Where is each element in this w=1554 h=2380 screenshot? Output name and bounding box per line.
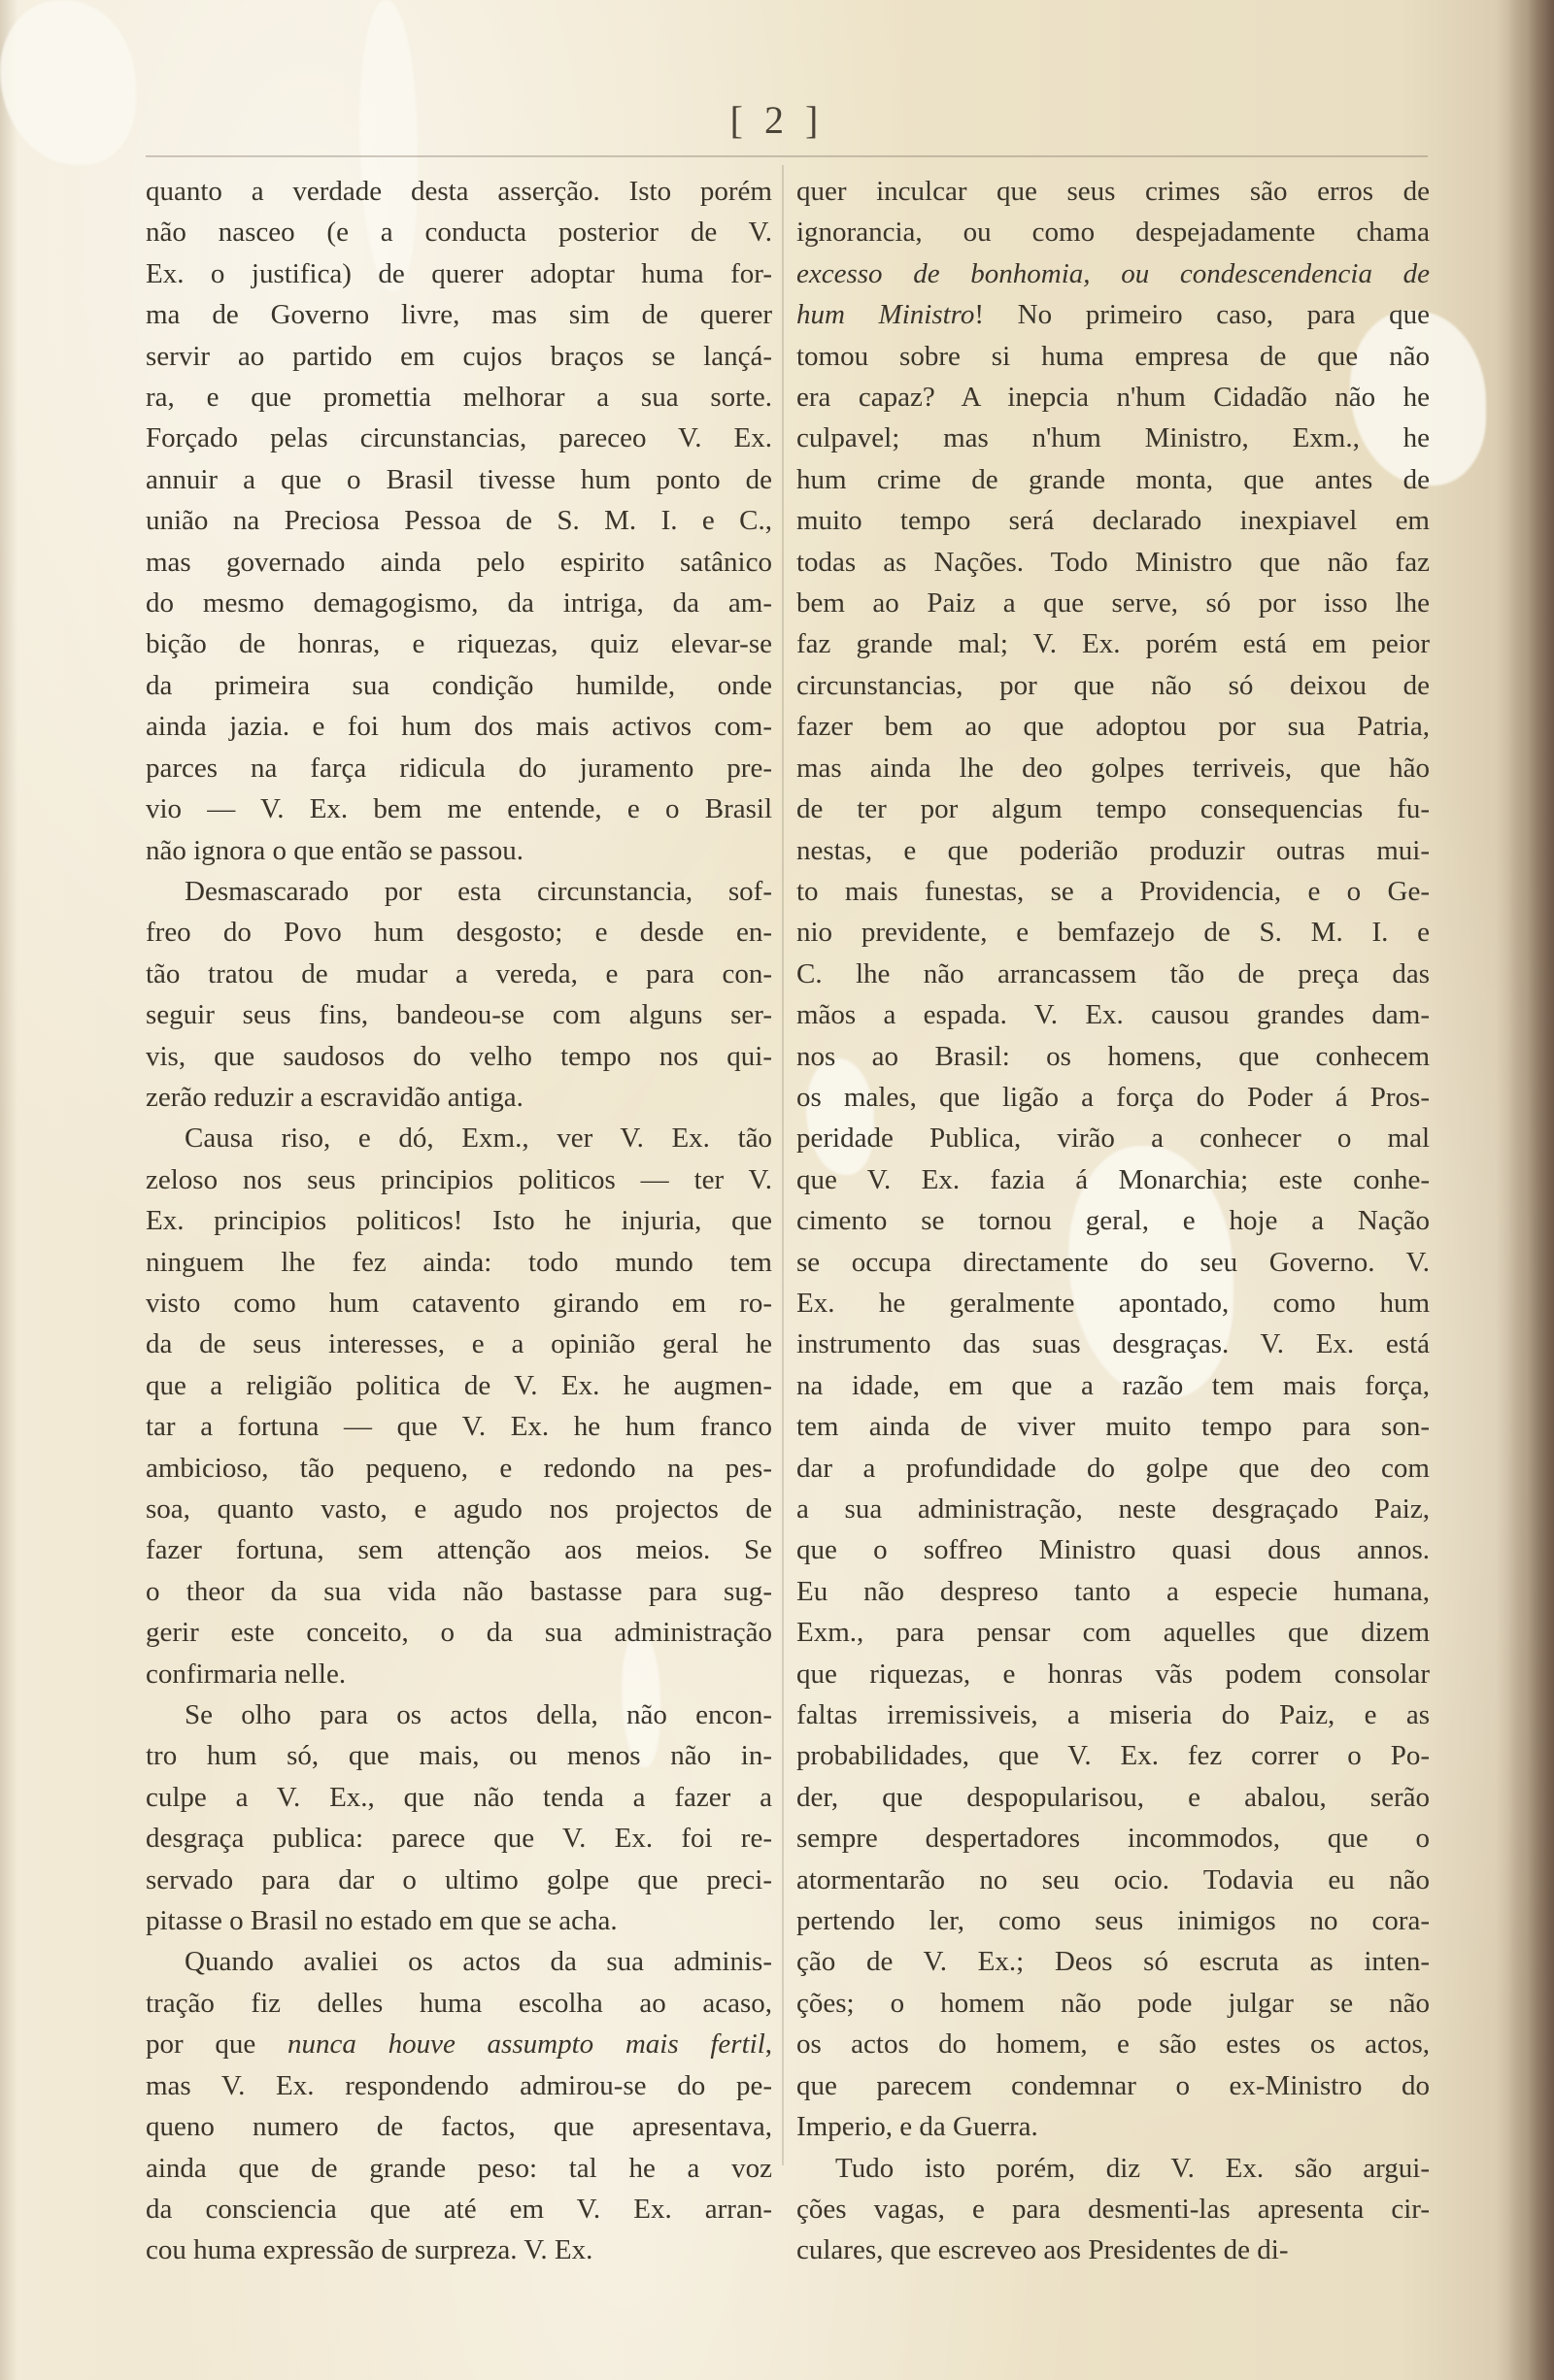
newspaper-page: [ 2 ] quanto a verdade desta asserção. I… [0, 0, 1554, 2380]
text-line: que riquezas, e honras vãs podem consola… [796, 1654, 1430, 1694]
text-line: ignorancia, ou como despejadamente chama [796, 212, 1430, 252]
header-rule [146, 155, 1428, 157]
text-line: ninguem lhe fez ainda: todo mundo tem [146, 1242, 772, 1283]
italic-text-run: excesso de bonhomia, ou condescendencia … [796, 258, 1430, 289]
text-line: dar a profundidade do golpe que deo com [796, 1448, 1430, 1489]
text-line: to mais funestas, se a Providencia, e o … [796, 871, 1430, 912]
text-line: por que nunca houve assumpto mais fertil… [146, 2024, 772, 2064]
column-divider [782, 165, 784, 2165]
text-line: seguir seus fins, bandeou-se com alguns … [146, 994, 772, 1035]
text-line: nio previdente, e bemfazejo de S. M. I. … [796, 912, 1430, 953]
text-run: , [765, 2028, 772, 2060]
text-line: Exm., para pensar com aquelles que dizem [796, 1612, 1430, 1653]
text-line: faz grande mal; V. Ex. porém está em pei… [796, 623, 1430, 664]
text-line: ções; o homem não pode julgar se não [796, 1983, 1430, 2024]
text-line: tração fiz delles huma escolha ao acaso, [146, 1983, 772, 2024]
text-line: fazer fortuna, sem attenção aos meios. S… [146, 1529, 772, 1570]
text-line: visto como hum catavento girando em ro- [146, 1283, 772, 1324]
text-line: confirmaria nelle. [146, 1654, 772, 1694]
text-run: ! No primeiro caso, para que [974, 299, 1430, 330]
text-line: da primeira sua condição humilde, onde [146, 665, 772, 706]
text-line: tar a fortuna — que V. Ex. he hum franco [146, 1406, 772, 1447]
text-line: Desmascarado por esta circunstancia, sof… [146, 871, 772, 912]
text-line: parces na farça ridicula do juramento pr… [146, 748, 772, 788]
text-line: mas V. Ex. respondendo admirou-se do pe- [146, 2065, 772, 2106]
text-line: zerão reduzir a escravidão antiga. [146, 1077, 772, 1118]
text-line: nos ao Brasil: os homens, que conhecem [796, 1036, 1430, 1077]
text-line: ção de V. Ex.; Deos só escruta as inten- [796, 1941, 1430, 1982]
text-column-right: quer inculcar que seus crimes são erros … [796, 171, 1430, 2271]
text-line: sempre despertadores incommodos, que o [796, 1818, 1430, 1859]
text-line: probabilidades, que V. Ex. fez correr o … [796, 1735, 1430, 1776]
page-left-edge [0, 0, 17, 2380]
text-line: nestas, e que poderião produzir outras m… [796, 830, 1430, 871]
text-line: Causa riso, e dó, Exm., ver V. Ex. tão [146, 1118, 772, 1158]
text-line: freo do Povo hum desgosto; e desde en- [146, 912, 772, 953]
text-line: que o soffreo Ministro quasi dous annos. [796, 1529, 1430, 1570]
text-line: ambicioso, tão pequeno, e redondo na pes… [146, 1448, 772, 1489]
text-line: fazer bem ao que adoptou por sua Patria, [796, 706, 1430, 747]
text-line: era capaz? A inepcia n'hum Cidadão não h… [796, 377, 1430, 418]
text-line: na idade, em que a razão tem mais força, [796, 1365, 1430, 1406]
text-line: todas as Nações. Todo Ministro que não f… [796, 542, 1430, 583]
text-line: pertendo ler, como seus inimigos no cora… [796, 1900, 1430, 1941]
text-line: quer inculcar que seus crimes são erros … [796, 171, 1430, 212]
text-line: bem ao Paiz a que serve, só por isso lhe [796, 583, 1430, 623]
text-line: circunstancias, por que não só deixou de [796, 665, 1430, 706]
text-line: ções vagas, e para desmenti-las apresent… [796, 2189, 1430, 2229]
text-line: ra, e que promettia melhorar a sua sorte… [146, 377, 772, 418]
text-line: culpe a V. Ex., que não tenda a fazer a [146, 1777, 772, 1818]
text-line: tem ainda de viver muito tempo para son- [796, 1406, 1430, 1447]
text-line: servado para dar o ultimo golpe que prec… [146, 1860, 772, 1900]
text-line: que a religião politica de V. Ex. he aug… [146, 1365, 772, 1406]
text-line: vio — V. Ex. bem me entende, e o Brasil [146, 788, 772, 829]
text-line: culpavel; mas n'hum Ministro, Exm., he [796, 418, 1430, 458]
text-line: tão tratou de mudar a vereda, e para con… [146, 954, 772, 994]
text-line: Quando avaliei os actos da sua adminis- [146, 1941, 772, 1982]
text-line: Tudo isto porém, diz V. Ex. são argui- [796, 2148, 1430, 2189]
text-line: de ter por algum tempo consequencias fu- [796, 788, 1430, 829]
text-line: se occupa directamente do seu Governo. V… [796, 1242, 1430, 1283]
text-line: Ex. principios politicos! Isto he injuri… [146, 1200, 772, 1241]
text-line: ainda que de grande peso: tal he a voz [146, 2148, 772, 2189]
text-line: ainda jazia. e foi hum dos mais activos … [146, 706, 772, 747]
text-line: bição de honras, e riquezas, quiz elevar… [146, 623, 772, 664]
text-column-left: quanto a verdade desta asserção. Isto po… [146, 171, 772, 2271]
text-line: que parecem condemnar o ex-Ministro do [796, 2065, 1430, 2106]
text-line: não nasceo (e a conducta posterior de V. [146, 212, 772, 252]
text-line: Se olho para os actos della, não encon- [146, 1694, 772, 1735]
text-line: Imperio, e da Guerra. [796, 2106, 1430, 2147]
text-line: queno numero de factos, que apresentava, [146, 2106, 772, 2147]
text-line: tomou sobre si huma empresa de que não [796, 336, 1430, 377]
text-line: união na Preciosa Pessoa de S. M. I. e C… [146, 500, 772, 541]
text-line: mas ainda lhe deo golpes terriveis, que … [796, 748, 1430, 788]
text-line: Ex. he geralmente apontado, como hum [796, 1283, 1430, 1324]
text-line: culares, que escreveo aos Presidentes de… [796, 2229, 1430, 2270]
text-line: os males, que ligão a força do Poder á P… [796, 1077, 1430, 1118]
text-run: por que [146, 2028, 287, 2060]
text-line: os actos do homem, e são estes os actos, [796, 2024, 1430, 2064]
text-line: Ex. o justifica) de querer adoptar huma … [146, 253, 772, 294]
page-torn-right-edge [1496, 0, 1554, 2380]
text-line: da consciencia que até em V. Ex. arran- [146, 2189, 772, 2229]
text-line: tro hum só, que mais, ou menos não in- [146, 1735, 772, 1776]
text-line: atormentarão no seu ocio. Todavia eu não [796, 1860, 1430, 1900]
text-line: ma de Governo livre, mas sim de querer [146, 294, 772, 335]
text-line: o theor da sua vida não bastasse para su… [146, 1571, 772, 1612]
text-line: do mesmo demagogismo, da intriga, da am- [146, 583, 772, 623]
text-line: peridade Publica, virão a conhecer o mal [796, 1118, 1430, 1158]
text-line: cimento se tornou geral, e hoje a Nação [796, 1200, 1430, 1241]
text-line: mas governado ainda pelo espirito satâni… [146, 542, 772, 583]
text-line: não ignora o que então se passou. [146, 830, 772, 871]
text-line: instrumento das suas desgraças. V. Ex. e… [796, 1324, 1430, 1364]
text-line: muito tempo será declarado inexpiavel em [796, 500, 1430, 541]
text-line: excesso de bonhomia, ou condescendencia … [796, 253, 1430, 294]
text-line: hum Ministro! No primeiro caso, para que [796, 294, 1430, 335]
text-line: hum crime de grande monta, que antes de [796, 459, 1430, 500]
italic-text-run: nunca houve assumpto mais fertil [287, 2028, 765, 2060]
text-line: annuir a que o Brasil tivesse hum ponto … [146, 459, 772, 500]
page-number: [ 2 ] [0, 97, 1554, 143]
text-line: servir ao partido em cujos braços se lan… [146, 336, 772, 377]
text-line: der, que despopularisou, e abalou, serão [796, 1777, 1430, 1818]
text-line: mãos a espada. V. Ex. causou grandes dam… [796, 994, 1430, 1035]
text-line: desgraça publica: parece que V. Ex. foi … [146, 1818, 772, 1859]
text-line: vis, que saudosos do velho tempo nos qui… [146, 1036, 772, 1077]
text-line: cou huma expressão de surpreza. V. Ex. [146, 2229, 772, 2270]
text-line: gerir este conceito, o da sua administra… [146, 1612, 772, 1653]
italic-text-run: hum Ministro [796, 299, 974, 330]
text-line: soa, quanto vasto, e agudo nos projectos… [146, 1489, 772, 1529]
text-line: quanto a verdade desta asserção. Isto po… [146, 171, 772, 212]
text-line: Forçado pelas circunstancias, pareceo V.… [146, 418, 772, 458]
text-line: pitasse o Brasil no estado em que se ach… [146, 1900, 772, 1941]
text-line: zeloso nos seus principios politicos — t… [146, 1159, 772, 1200]
text-line: Eu não despreso tanto a especie humana, [796, 1571, 1430, 1612]
text-line: da de seus interesses, e a opinião geral… [146, 1324, 772, 1364]
text-line: C. lhe não arrancassem tão de preça das [796, 954, 1430, 994]
text-line: faltas irremissiveis, a miseria do Paiz,… [796, 1694, 1430, 1735]
text-line: que V. Ex. fazia á Monarchia; este conhe… [796, 1159, 1430, 1200]
text-line: a sua administração, neste desgraçado Pa… [796, 1489, 1430, 1529]
